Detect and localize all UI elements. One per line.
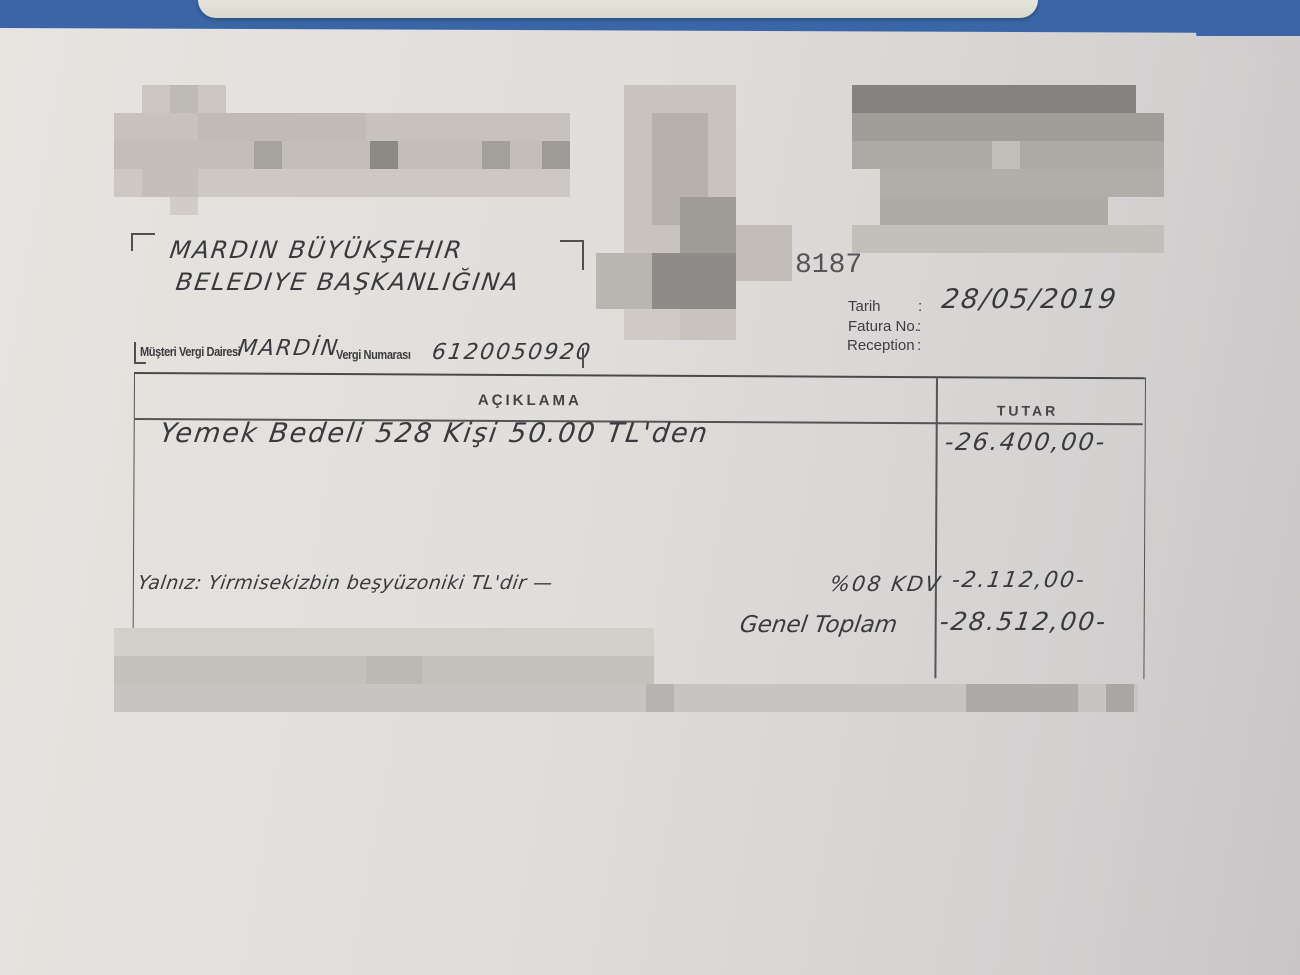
background-object (198, 0, 1038, 18)
vat-label: %08 KDV (828, 572, 943, 596)
tax-office-value: MARDİN (236, 336, 341, 361)
date-label: Tarih (848, 298, 881, 315)
vat-amount: -2.112,00- (950, 568, 1087, 593)
recipient-bracket-right (560, 240, 584, 270)
amount-column-header: TUTAR (997, 403, 1058, 419)
date-value: 28/05/2019 (940, 284, 1120, 315)
tax-number-label: Vergi Numarası (336, 347, 411, 362)
tax-office-label: Müşteri Vergi Dairesi (140, 344, 240, 359)
redacted-company-header-right (852, 85, 1164, 255)
reception-label: Reception (847, 337, 915, 354)
recipient-line-1: MARDIN BÜYÜKŞEHIR (168, 236, 465, 264)
tax-number-value: 6120050920 (430, 340, 593, 365)
redacted-company-logo (596, 85, 806, 340)
redacted-footer-info (114, 628, 1166, 712)
amount-in-words: Yalnız: Yirmisekizbin beşyüzoniki TL'dir… (136, 572, 554, 594)
description-column-header: AÇIKLAMA (478, 392, 582, 410)
recipient-bracket-left (131, 233, 155, 251)
tax-bracket-right (572, 348, 584, 368)
date-colon: : (918, 298, 922, 315)
reception-colon: : (917, 337, 921, 354)
line-item-amount: -26.400,00- (943, 428, 1108, 456)
line-item-description: Yemek Bedeli 528 Kişi 50.00 TL'den (158, 418, 711, 449)
invoice-no-label: Fatura No. (848, 318, 919, 335)
invoice-serial-number: 8187 (795, 250, 862, 281)
invoice-no-colon: : (917, 318, 921, 335)
redacted-company-header-left (114, 85, 584, 215)
recipient-line-2: BELEDIYE BAŞKANLIĞINA (174, 268, 522, 296)
